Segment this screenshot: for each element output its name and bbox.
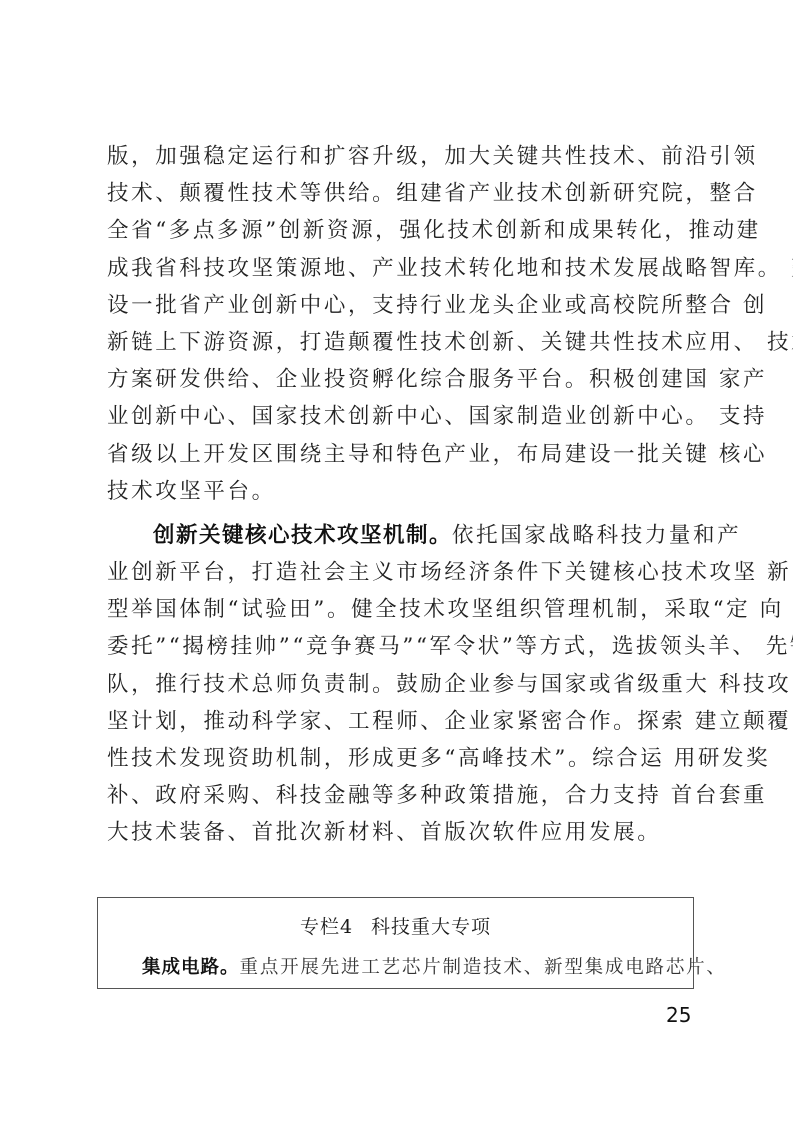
- text-line: 业创新平台，打造社会主义市场经济条件下关键核心技术攻坚 新: [107, 554, 699, 591]
- text-line: 队，推行技术总师负责制。鼓励企业参与国家或省级重大 科技攻: [107, 666, 699, 703]
- text-line: 技术、颠覆性技术等供给。组建省产业技术创新研究院，整合: [107, 175, 699, 212]
- box-title: 专栏4科技重大专项: [98, 912, 693, 939]
- text-line: 性技术发现资助机制，形成更多“高峰技术”。综合运 用研发奖: [107, 740, 699, 777]
- box-item-text: 重点开展先进工艺芯片制造技术、新型集成电路芯片、: [240, 957, 727, 978]
- box-title-number: 4: [340, 916, 353, 938]
- text-line: 方案研发供给、企业投资孵化综合服务平台。积极创建国 家产: [107, 361, 699, 398]
- text-line: 补、政府采购、科技金融等多种政策措施，合力支持 首台套重: [107, 777, 699, 814]
- text-line: 成我省科技攻坚策源地、产业技术转化地和技术发展战略智库。 建: [107, 250, 699, 287]
- text-line: 坚计划，推动科学家、工程师、企业家紧密合作。探索 建立颠覆: [107, 703, 699, 740]
- text-line: 新链上下游资源，打造颠覆性技术创新、关键共性技术应用、 技术: [107, 324, 699, 361]
- box-item-heading: 集成电路。: [142, 957, 240, 978]
- text-line: 业创新中心、国家技术创新中心、国家制造业创新中心。 支持: [107, 398, 699, 435]
- paragraph-heading: 创新关键核心技术攻坚机制。: [153, 523, 452, 548]
- box-title-prefix: 专栏: [300, 916, 340, 938]
- box-title-text: 科技重大专项: [371, 916, 491, 938]
- text-line: 技术攻坚平台。: [107, 473, 699, 510]
- paragraph-first-line: 创新关键核心技术攻坚机制。依托国家战略科技力量和产: [107, 517, 699, 554]
- box-item-line: 集成电路。重点开展先进工艺芯片制造技术、新型集成电路芯片、: [108, 953, 685, 979]
- text-run: 依托国家战略科技力量和产: [452, 523, 741, 548]
- text-line: 大技术装备、首批次新材料、首版次软件应用发展。: [107, 814, 699, 851]
- text-line: 全省“多点多源”创新资源，强化技术创新和成果转化，推动建: [107, 212, 699, 249]
- document-page: 版，加强稳定运行和扩容升级，加大关键共性技术、前沿引领 技术、颠覆性技术等供给。…: [0, 0, 793, 1122]
- text-line: 型举国体制“试验田”。健全技术攻坚组织管理机制，采取“定 向: [107, 591, 699, 628]
- text-line: 省级以上开发区围绕主导和特色产业，布局建设一批关键 核心: [107, 436, 699, 473]
- paragraph-gap: [107, 510, 699, 517]
- text-line: 委托”“揭榜挂帅”“竞争赛马”“军令状”等方式，选拔领头羊、 先锋: [107, 628, 699, 665]
- feature-box: 专栏4科技重大专项 集成电路。重点开展先进工艺芯片制造技术、新型集成电路芯片、: [97, 897, 694, 989]
- text-line: 版，加强稳定运行和扩容升级，加大关键共性技术、前沿引领: [107, 138, 699, 175]
- text-line: 设一批省产业创新中心，支持行业龙头企业或高校院所整合 创: [107, 287, 699, 324]
- page-number: 25: [666, 1003, 691, 1027]
- body-text: 版，加强稳定运行和扩容升级，加大关键共性技术、前沿引领 技术、颠覆性技术等供给。…: [107, 138, 699, 852]
